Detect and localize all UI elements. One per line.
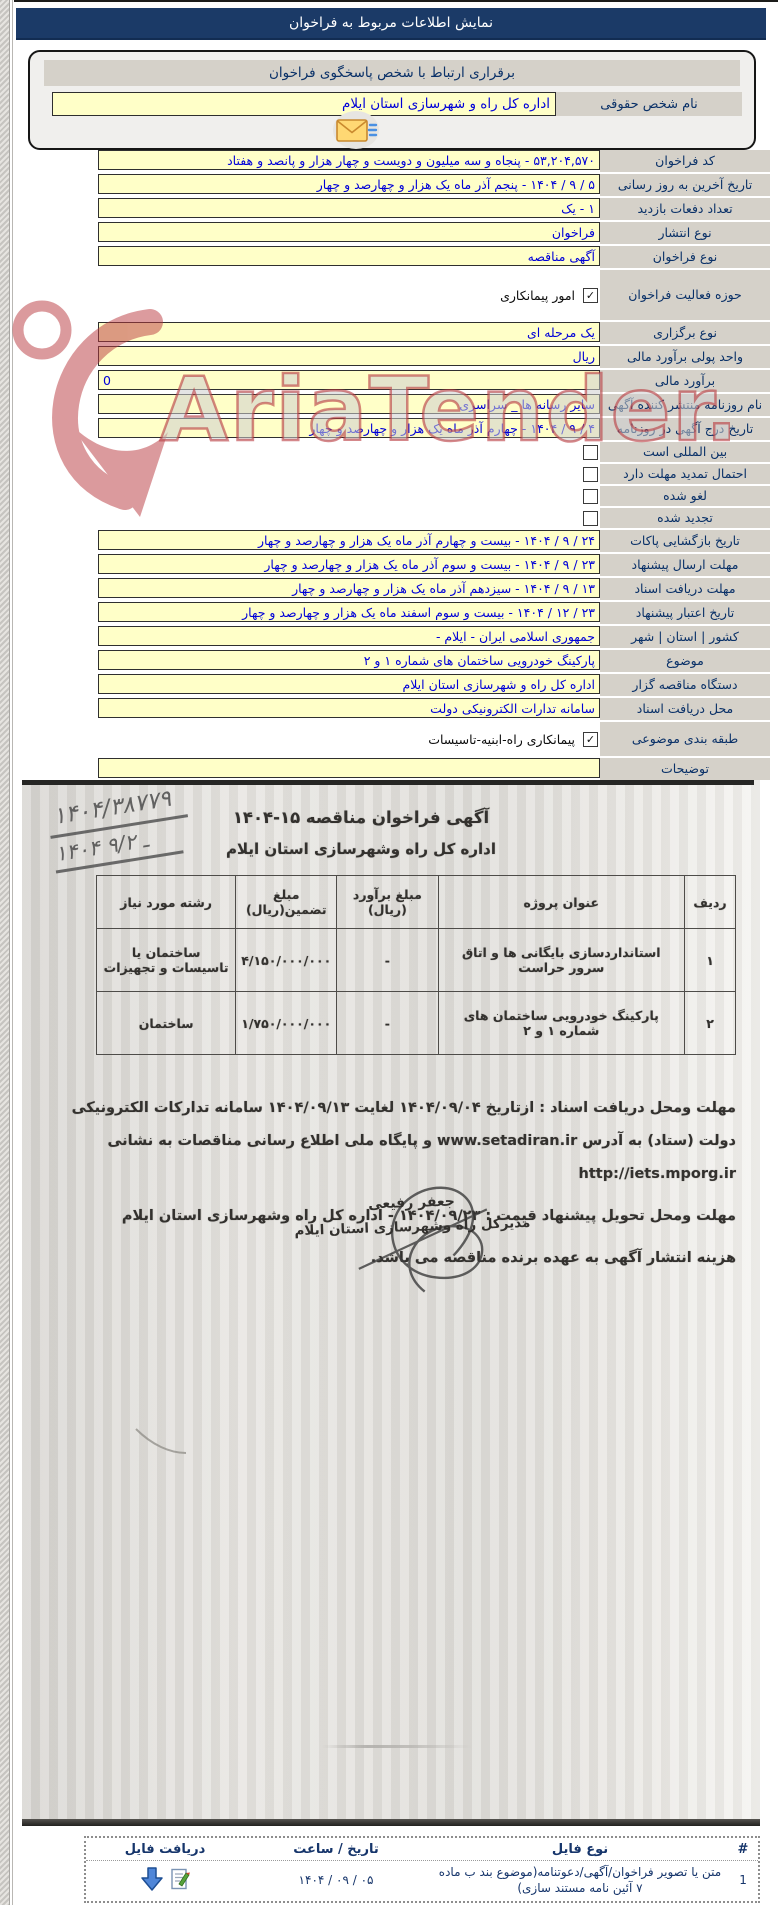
form-row: کشور | استان | شهرجمهوری اسلامی ایران - … bbox=[0, 626, 770, 650]
form-row: توضیحات bbox=[0, 758, 770, 782]
form-row: تاریخ آخرین به روز رسانی۵ / ۹ / ۱۴۰۴ - پ… bbox=[0, 174, 770, 198]
form-row: تجدید شده bbox=[0, 508, 770, 530]
email-envelope-icon bbox=[334, 113, 378, 147]
form-row-value-field[interactable]: یک مرحله ای bbox=[98, 322, 600, 342]
form-row: نوع برگزارییک مرحله ای bbox=[0, 322, 770, 346]
projects-table-cell: ساختمان bbox=[97, 992, 236, 1055]
form-row: مهلت ارسال پیشنهاد۲۳ / ۹ / ۱۴۰۴ - بیست و… bbox=[0, 554, 770, 578]
files-table-header-row: #نوع فایلتاریخ / ساعتدریافت فایل bbox=[86, 1838, 758, 1861]
scanned-tender-notice: ۱۴۰۴/۳۸۷۷۹ ۱۴۰۴ ـ ۹/۲ آگهی فراخوان مناقص… bbox=[22, 780, 760, 1826]
form-row-label: نوع انتشار bbox=[600, 222, 770, 244]
projects-table-header-cell: مبلغ برآورد (ریال) bbox=[337, 876, 438, 929]
form-row-value-field[interactable]: ۱ - یک bbox=[98, 198, 600, 218]
form-row-label: برآورد مالی bbox=[600, 370, 770, 392]
pen-stray-mark bbox=[132, 1425, 192, 1461]
contact-group-box: برقراری ارتباط با شخص پاسخگوی فراخوان نا… bbox=[28, 50, 756, 150]
projects-table-cell: - bbox=[337, 929, 438, 992]
form-row-value-field[interactable]: پارکینگ خودرویی ساختمان های شماره ۱ و ۲ bbox=[98, 650, 600, 670]
form-row: مهلت دریافت اسناد۱۳ / ۹ / ۱۴۰۴ - سیزدهم … bbox=[0, 578, 770, 602]
form-row-check-line: ✓امور پیمانکاری bbox=[98, 270, 600, 320]
form-row-label: تاریخ درج آگهی در روزنامه bbox=[600, 418, 770, 440]
form-row-value-field[interactable] bbox=[98, 758, 600, 778]
projects-table-header-cell: عنوان پروژه bbox=[438, 876, 685, 929]
form-row-label: طبقه بندی موضوعی bbox=[600, 722, 770, 756]
form-row-label: حوزه فعالیت فراخوان bbox=[600, 270, 770, 320]
open-file-button[interactable] bbox=[170, 1868, 190, 1895]
form-row: تاریخ درج آگهی در روزنامه۴ / ۹ / ۱۴۰۴ - … bbox=[0, 418, 770, 442]
form-row-label: تاریخ اعتبار پیشنهاد bbox=[600, 602, 770, 624]
form-row-label: کد فراخوان bbox=[600, 150, 770, 172]
form-row-check-line bbox=[98, 442, 600, 462]
form-row-value-field[interactable]: جمهوری اسلامی ایران - ایلام - bbox=[98, 626, 600, 646]
form-row: تعداد دفعات بازدید۱ - یک bbox=[0, 198, 770, 222]
file-type-text: متن یا تصویر فراخوان/آگهی/دعوتنامه(موضوع… bbox=[432, 1861, 728, 1901]
file-row-number: 1 bbox=[728, 1861, 758, 1901]
form-row-label: موضوع bbox=[600, 650, 770, 672]
tender-details-form: کد فراخوان۵۳,۲۰۴,۵۷۰ - پنجاه و سه میلیون… bbox=[0, 150, 770, 782]
files-header-cell: دریافت فایل bbox=[90, 1838, 240, 1860]
form-row-value-field[interactable]: ۲۳ / ۹ / ۱۴۰۴ - بیست و سوم آذر ماه یک هز… bbox=[98, 554, 600, 574]
tender-info-page: نمایش اطلاعات مربوط به فراخوان برقراری ا… bbox=[0, 0, 778, 1905]
form-row-label: کشور | استان | شهر bbox=[600, 626, 770, 648]
projects-table-header-cell: ردیف bbox=[685, 876, 736, 929]
form-row-value-field[interactable]: ۱۳ / ۹ / ۱۴۰۴ - سیزدهم آذر ماه یک هزار و… bbox=[98, 578, 600, 598]
file-datetime: ۰۵ / ۰۹ / ۱۴۰۴ bbox=[240, 1861, 432, 1901]
projects-table-cell: ۴/۱۵۰/۰۰۰/۰۰۰ bbox=[236, 929, 337, 992]
form-row-value-field[interactable]: ۴ / ۹ / ۱۴۰۴ - چهارم آذر ماه یک هزار و چ… bbox=[98, 418, 600, 438]
files-header-cell: تاریخ / ساعت bbox=[240, 1838, 432, 1860]
form-row-value-field[interactable]: ۲۳ / ۱۲ / ۱۴۰۴ - بیست و سوم اسفند ماه یک… bbox=[98, 602, 600, 622]
form-row-label: دستگاه مناقصه گزار bbox=[600, 674, 770, 696]
file-download-actions bbox=[90, 1861, 240, 1901]
form-row-label: نوع فراخوان bbox=[600, 246, 770, 268]
form-row-value-field[interactable]: فراخوان bbox=[98, 222, 600, 242]
checkbox-unchecked[interactable] bbox=[583, 489, 598, 504]
form-row: دستگاه مناقصه گزاراداره کل راه و شهرسازی… bbox=[0, 674, 770, 698]
form-row: واحد پولی برآورد مالیریال bbox=[0, 346, 770, 370]
files-header-cell: نوع فایل bbox=[432, 1838, 728, 1860]
form-row-check-line bbox=[98, 464, 600, 484]
form-row-value-field[interactable]: 0 bbox=[98, 370, 600, 390]
form-row: محل دریافت اسنادسامانه تدارات الکترونیکی… bbox=[0, 698, 770, 722]
checkbox-label: امور پیمانکاری bbox=[500, 288, 575, 303]
form-row: نام روزنامه منتشر کننده آگهیسایر رسانه ه… bbox=[0, 394, 770, 418]
form-row-label: تاریخ بازگشایی پاکات bbox=[600, 530, 770, 552]
projects-table-cell: ۱ bbox=[685, 929, 736, 992]
form-row-label: محل دریافت اسناد bbox=[600, 698, 770, 720]
form-row-check-line: ✓پیمانکاری راه-ابنیه-تاسیسات bbox=[98, 722, 600, 756]
projects-table-cell: ۲ bbox=[685, 992, 736, 1055]
checkbox-unchecked[interactable] bbox=[583, 467, 598, 482]
form-row: حوزه فعالیت فراخوان✓امور پیمانکاری bbox=[0, 270, 770, 322]
form-row-value-field[interactable]: سامانه تدارات الکترونیکی دولت bbox=[98, 698, 600, 718]
form-row-value-field[interactable]: ۲۴ / ۹ / ۱۴۰۴ - بیست و چهارم آذر ماه یک … bbox=[98, 530, 600, 550]
notice-subtitle: اداره کل راه وشهرسازی استان ایلام bbox=[22, 840, 700, 858]
form-row: نوع فراخوانآگهی مناقصه bbox=[0, 246, 770, 270]
form-row-label: نوع برگزاری bbox=[600, 322, 770, 344]
form-row-value-field[interactable]: ۵ / ۹ / ۱۴۰۴ - پنجم آذر ماه یک هزار و چه… bbox=[98, 174, 600, 194]
projects-table-header-cell: رشته مورد نیاز bbox=[97, 876, 236, 929]
form-row-label: مهلت ارسال پیشنهاد bbox=[600, 554, 770, 576]
form-row-label: نام روزنامه منتشر کننده آگهی bbox=[600, 394, 770, 416]
notice-title: آگهی فراخوان مناقصه ۱۵-۱۴۰۴ bbox=[22, 808, 700, 827]
form-row-value-field[interactable]: ۵۳,۲۰۴,۵۷۰ - پنجاه و سه میلیون و دویست و… bbox=[98, 150, 600, 170]
projects-table: ردیفعنوان پروژهمبلغ برآورد (ریال)مبلغ تض… bbox=[96, 875, 736, 1055]
contact-group-header: برقراری ارتباط با شخص پاسخگوی فراخوان bbox=[44, 60, 740, 86]
download-file-button[interactable] bbox=[140, 1866, 164, 1897]
file-edit-icon bbox=[170, 1868, 190, 1890]
form-row-check-line bbox=[98, 508, 600, 528]
form-row: کد فراخوان۵۳,۲۰۴,۵۷۰ - پنجاه و سه میلیون… bbox=[0, 150, 770, 174]
projects-table-cell: استانداردسازی بایگانی ها و اتاق سرور حرا… bbox=[438, 929, 685, 992]
legal-person-name-label: نام شخص حقوقی bbox=[556, 92, 742, 116]
handwritten-reference-number: ۱۴۰۴/۳۸۷۷۹ ۱۴۰۴ ـ ۹/۲ bbox=[45, 784, 193, 874]
form-row: بین المللی است bbox=[0, 442, 770, 464]
scan-smudge bbox=[322, 1745, 472, 1748]
form-row: تاریخ اعتبار پیشنهاد۲۳ / ۱۲ / ۱۴۰۴ - بیس… bbox=[0, 602, 770, 626]
form-row-value-field[interactable]: ریال bbox=[98, 346, 600, 366]
form-row: لغو شده bbox=[0, 486, 770, 508]
form-row: طبقه بندی موضوعی✓پیمانکاری راه-ابنیه-تاس… bbox=[0, 722, 770, 758]
checkbox-checked[interactable]: ✓ bbox=[583, 288, 598, 303]
checkbox-unchecked[interactable] bbox=[583, 511, 598, 526]
form-row-label: تجدید شده bbox=[600, 508, 770, 528]
form-row-label: لغو شده bbox=[600, 486, 770, 506]
form-row-label: توضیحات bbox=[600, 758, 770, 780]
send-email-button[interactable] bbox=[330, 110, 382, 150]
contact-row: نام شخص حقوقی اداره کل راه و شهرسازی است… bbox=[52, 92, 742, 116]
projects-table-row: ۲پارکینگ خودرویی ساختمان های شماره ۱ و ۲… bbox=[97, 992, 736, 1055]
form-row-label: بین المللی است bbox=[600, 442, 770, 462]
form-row-label: واحد پولی برآورد مالی bbox=[600, 346, 770, 368]
form-row: احتمال تمدید مهلت دارد bbox=[0, 464, 770, 486]
form-row-label: احتمال تمدید مهلت دارد bbox=[600, 464, 770, 484]
page-title: نمایش اطلاعات مربوط به فراخوان bbox=[16, 8, 766, 40]
projects-table-header-cell: مبلغ تضمین(ریال) bbox=[236, 876, 337, 929]
form-row-label: تاریخ آخرین به روز رسانی bbox=[600, 174, 770, 196]
checkbox-label: پیمانکاری راه-ابنیه-تاسیسات bbox=[428, 732, 575, 747]
projects-table-cell: پارکینگ خودرویی ساختمان های شماره ۱ و ۲ bbox=[438, 992, 685, 1055]
checkbox-checked[interactable]: ✓ bbox=[583, 732, 598, 747]
signature-block: جعفر رفیعی مدیرکل راه وشهرسازی استان ایل… bbox=[271, 1190, 552, 1240]
checkbox-unchecked[interactable] bbox=[583, 445, 598, 460]
projects-table-header-row: ردیفعنوان پروژهمبلغ برآورد (ریال)مبلغ تض… bbox=[97, 876, 736, 929]
files-header-cell: # bbox=[728, 1838, 758, 1860]
legal-person-name-field[interactable]: اداره کل راه و شهرسازی استان ایلام bbox=[52, 92, 556, 116]
form-row-value-field[interactable]: آگهی مناقصه bbox=[98, 246, 600, 266]
files-table-row: 1متن یا تصویر فراخوان/آگهی/دعوتنامه(موضو… bbox=[86, 1861, 758, 1901]
form-row: نوع انتشارفراخوان bbox=[0, 222, 770, 246]
download-arrow-icon bbox=[140, 1866, 164, 1892]
form-row: موضوعپارکینگ خودرویی ساختمان های شماره ۱… bbox=[0, 650, 770, 674]
form-row-label: مهلت دریافت اسناد bbox=[600, 578, 770, 600]
top-border-line bbox=[14, 0, 778, 2]
form-row: تاریخ بازگشایی پاکات۲۴ / ۹ / ۱۴۰۴ - بیست… bbox=[0, 530, 770, 554]
attached-files-table: #نوع فایلتاریخ / ساعتدریافت فایل1متن یا … bbox=[84, 1836, 760, 1903]
form-row-label: تعداد دفعات بازدید bbox=[600, 198, 770, 220]
projects-table-cell: - bbox=[337, 992, 438, 1055]
projects-table-cell: ۱/۷۵۰/۰۰۰/۰۰۰ bbox=[236, 992, 337, 1055]
form-row-value-field[interactable]: سایر رسانه ها _ سراسری bbox=[98, 394, 600, 414]
projects-table-cell: ساختمان یا تاسیسات و تجهیزات bbox=[97, 929, 236, 992]
form-row-value-field[interactable]: اداره کل راه و شهرسازی استان ایلام bbox=[98, 674, 600, 694]
projects-table-row: ۱استانداردسازی بایگانی ها و اتاق سرور حر… bbox=[97, 929, 736, 992]
form-row: برآورد مالی0 bbox=[0, 370, 770, 394]
form-row-check-line bbox=[98, 486, 600, 506]
